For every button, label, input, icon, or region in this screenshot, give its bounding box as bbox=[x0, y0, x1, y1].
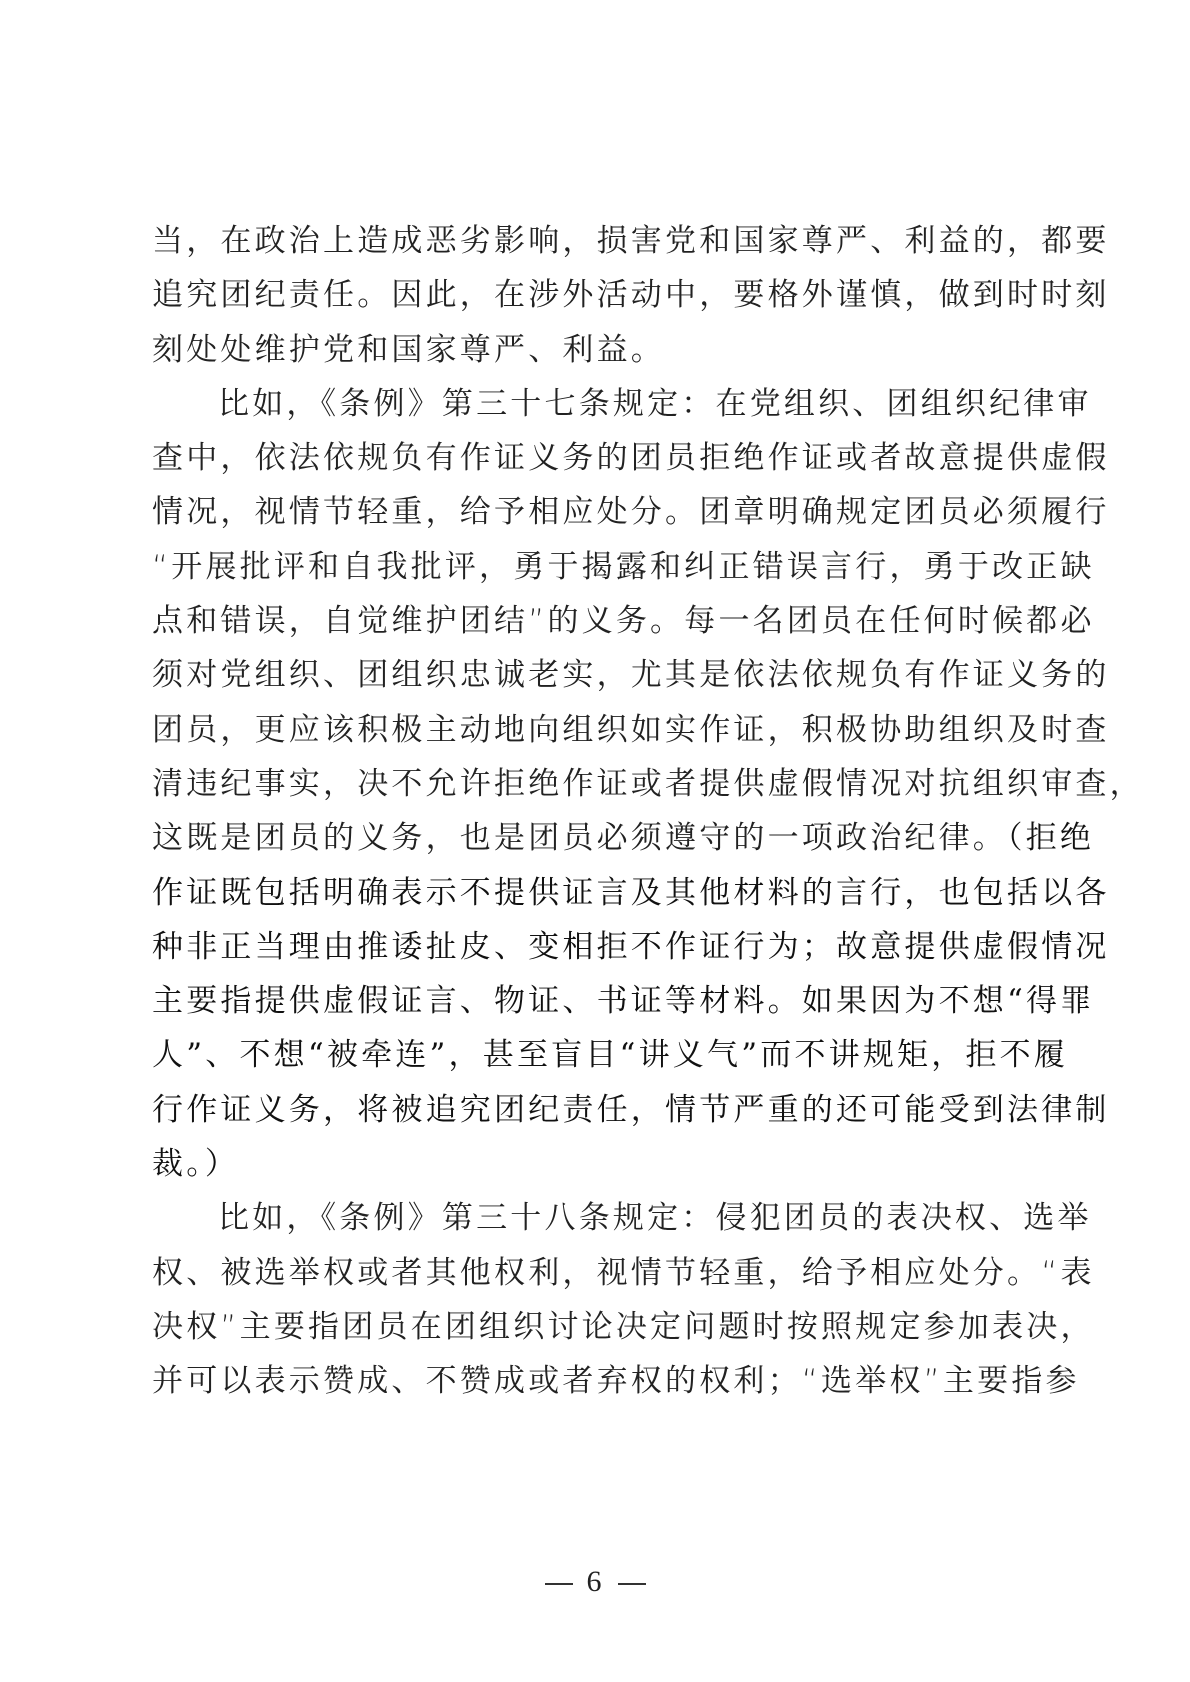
parenthetical-line: 人”、不想“被牵连”，甚至盲目“讲义气”而不讲规矩，拒不履 bbox=[152, 1028, 1042, 1082]
text-line: 追究团纪责任。因此，在涉外活动中，要格外谨慎，做到时时刻 bbox=[152, 268, 1042, 322]
page-footer: 6 bbox=[0, 1565, 1190, 1599]
text-line: 情况，视情节轻重，给予相应处分。团章明确规定团员必须履行 bbox=[152, 485, 1042, 539]
text-line: 刻处处维护党和国家尊严、利益。 bbox=[152, 323, 1042, 377]
right-dash bbox=[618, 1583, 646, 1585]
text-line: 决权”主要指团员在团组织讨论决定问题时按照规定参加表决， bbox=[152, 1300, 1042, 1354]
parenthetical-line: 种非正当理由推诿扯皮、变相拒不作证行为；故意提供虚假情况 bbox=[152, 920, 1042, 974]
text-line: 点和错误，自觉维护团结”的义务。每一名团员在任何时候都必 bbox=[152, 594, 1042, 648]
document-page: 当，在政治上造成恶劣影响，损害党和国家尊严、利益的，都要 追究团纪责任。因此，在… bbox=[0, 0, 1190, 1682]
text-line: 当，在政治上造成恶劣影响，损害党和国家尊严、利益的，都要 bbox=[152, 214, 1042, 268]
text-line: 并可以表示赞成、不赞成或者弃权的权利；“选举权”主要指参 bbox=[152, 1354, 1042, 1408]
mixed-style-line: 这既是团员的义务，也是团员必须遵守的一项政治纪律。（拒绝 bbox=[152, 811, 1042, 865]
text-segment-regular: 这既是团员的义务，也是团员必须遵守的一项政治纪律。 bbox=[152, 820, 1007, 856]
text-line: “开展批评和自我批评，勇于揭露和纠正错误言行，勇于改正缺 bbox=[152, 540, 1042, 594]
parenthetical-line: 裁。） bbox=[152, 1137, 1042, 1191]
paragraph-start-line: 比如，《条例》第三十八条规定：侵犯团员的表决权、选举 bbox=[152, 1191, 1042, 1245]
page-number: 6 bbox=[587, 1565, 604, 1598]
paragraph-start-line: 比如，《条例》第三十七条规定：在党组织、团组织纪律审 bbox=[152, 377, 1042, 431]
text-line: 权、被选举权或者其他权利，视情节轻重，给予相应处分。“表 bbox=[152, 1246, 1042, 1300]
text-segment-parenthetical: （拒绝 bbox=[1007, 820, 1094, 856]
text-line: 清违纪事实，决不允许拒绝作证或者提供虚假情况对抗组织审查， bbox=[152, 757, 1042, 811]
text-line: 查中，依法依规负有作证义务的团员拒绝作证或者故意提供虚假 bbox=[152, 431, 1042, 485]
parenthetical-line: 行作证义务，将被追究团纪责任，情节严重的还可能受到法律制 bbox=[152, 1083, 1042, 1137]
text-line: 团员，更应该积极主动地向组织如实作证，积极协助组织及时查 bbox=[152, 703, 1042, 757]
parenthetical-line: 作证既包括明确表示不提供证言及其他材料的言行，也包括以各 bbox=[152, 866, 1042, 920]
body-text: 当，在政治上造成恶劣影响，损害党和国家尊严、利益的，都要 追究团纪责任。因此，在… bbox=[152, 214, 1042, 1409]
left-dash bbox=[545, 1583, 573, 1585]
parenthetical-line: 主要指提供虚假证言、物证、书证等材料。如果因为不想“得罪 bbox=[152, 974, 1042, 1028]
text-line: 须对党组织、团组织忠诚老实，尤其是依法依规负有作证义务的 bbox=[152, 648, 1042, 702]
